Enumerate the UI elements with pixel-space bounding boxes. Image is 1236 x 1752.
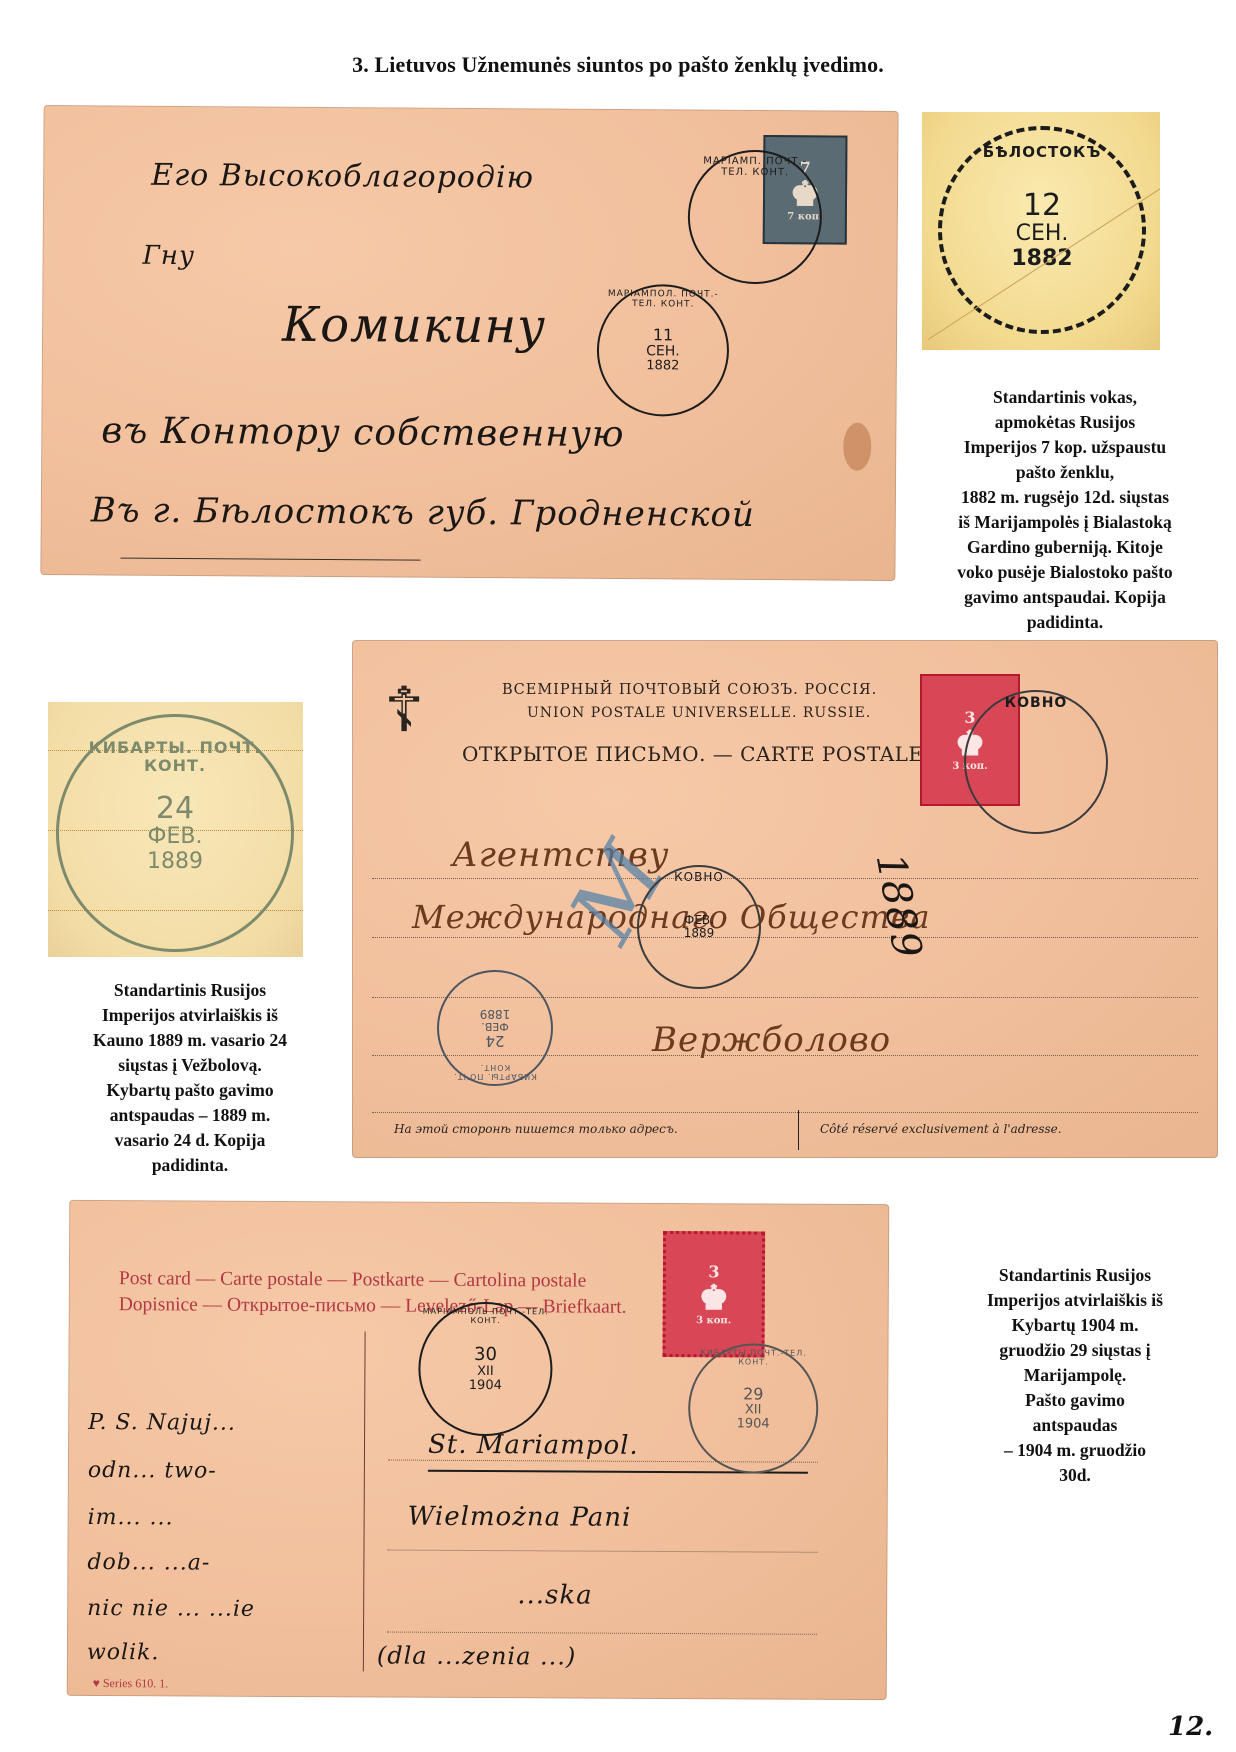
address-line-3: Вержболово [652,1020,891,1060]
publisher-logo-icon: ♥ [93,1676,103,1690]
caption-postcard-1904: Standartinis Rusijos Imperijos atvirlaiš… [920,1263,1230,1488]
caption-line: 1882 m. rugsėjo 12d. siųstas [890,485,1236,510]
postmark-kovno: КОВНО ФЕВ. 1889 [637,865,761,989]
caption-line: antspaudas [920,1413,1230,1438]
postmark-month: XII [745,1403,762,1417]
caption-line: gruodžio 29 siųstas į [920,1338,1230,1363]
address-dotted-line [387,1550,817,1553]
backstamp-month: СЕН. [1016,222,1069,246]
caption-line: 30d. [920,1463,1230,1488]
postmark-ring-text: КОВНО [966,696,1106,711]
foxing-stain [843,423,871,471]
caption-line: padidinta. [40,1153,340,1178]
address-line-3: Комикину [282,297,546,355]
address-line-3: ...ska [517,1580,593,1610]
envelope-1882-image: Его Высокоблагородію Гну Комикину въ Кон… [40,105,898,581]
postmark-year: 1904 [469,1379,502,1393]
caption-line: Standartinis vokas, [890,385,1236,410]
caption-line: siųstas į Vežbolovą. [40,1053,340,1078]
caption-postcard-1889: Standartinis Rusijos Imperijos atvirlaiš… [40,978,340,1178]
postmark-year: 1889 [480,1007,511,1020]
message-line-5: nic nie ... ...ie [87,1596,255,1622]
detail-postmark: КИБАРТЫ. ПОЧТ. КОНТ. 24 ФЕВ. 1889 [56,714,294,952]
postmark-ring-text: МАРІАМПОЛ. ПОЧТ.-ТЕЛ. КОНТ. [599,290,727,311]
caption-line: Standartinis Rusijos [40,978,340,1003]
message-address-divider [363,1331,366,1671]
postmark-cancel: МАРІАМП. ПОЧТ.-ТЕЛ. КОНТ. [687,150,822,285]
message-line-1: P. S. Najuj... [88,1410,236,1436]
kybartai-postmark-detail: КИБАРТЫ. ПОЧТ. КОНТ. 24 ФЕВ. 1889 [48,702,303,957]
postmark-month: ФЕВ. [481,1020,508,1032]
postmark-year: 1904 [737,1417,770,1431]
postmark-ring-text: КИБАРТЫ ПОЧТ.-ТЕЛ. КОНТ. [690,1349,816,1367]
caption-line: Imperijos 7 kop. užspaustu [890,435,1236,460]
printed-header-3: ОТКРЫТОЕ ПИСЬМО. — CARTE POSTALE. [462,742,930,766]
caption-line: apmokėtas Rusijos [890,410,1236,435]
address-line-1: St. Mariampol. [428,1430,639,1461]
address-dotted-line [372,1112,1198,1113]
printed-header-1: ВСЕМІРНЫЙ ПОЧТОВЫЙ СОЮЗЪ. РОССІЯ. [502,682,877,698]
postmark-day: 11 [653,327,673,345]
caption-line: Pašto gavimo [920,1388,1230,1413]
caption-line: voko pusėje Bialostoko pašto [890,560,1236,585]
caption-line: pašto ženklu, [890,460,1236,485]
series-label: ♥ Series 610. 1. [93,1676,169,1691]
caption-line: antspaudas – 1889 m. [40,1103,340,1128]
message-line-2: odn... two- [88,1458,217,1484]
imperial-eagle-icon: ☦ [384,680,424,742]
postmark-cancel: МАРІАМПОЛ. ПОЧТ.-ТЕЛ. КОНТ. 11 СЕН. 1882 [596,284,729,417]
postmark-day: 29 [743,1385,763,1403]
postmark-year: 1889 [684,927,715,940]
address-dotted-line [372,878,1198,879]
caption-line: Imperijos atvirlaiškis iš [920,1288,1230,1313]
postmark-month: XII [477,1365,494,1379]
caption-line: Standartinis Rusijos [920,1263,1230,1288]
postmark-day: 30 [474,1345,497,1365]
postcard-1889-image: ☦ ВСЕМІРНЫЙ ПОЧТОВЫЙ СОЮЗЪ. РОССІЯ. UNIO… [352,640,1218,1158]
caption-line: Kybartų pašto gavimo [40,1078,340,1103]
page-title: 3. Lietuvos Užnemunės siuntos po pašto ž… [0,52,1236,78]
caption-line: Gardino guberniją. Kitoje [890,535,1236,560]
postcard-1904-image: Post card — Carte postale — Postkarte — … [67,1200,890,1700]
message-line-4: dob... ...a- [87,1550,210,1576]
postmark-ring-text: МАРІАМП. ПОЧТ.-ТЕЛ. КОНТ. [690,156,820,179]
address-dotted-line [387,1632,817,1635]
caption-line: padidinta. [890,610,1236,635]
stamp-denomination: 3 коп. [696,1315,731,1326]
address-line-1: Его Высокоблагородію [151,158,534,196]
address-dotted-line [372,937,1198,938]
caption-line: Kybartų 1904 m. [920,1313,1230,1338]
caption-envelope-1882: Standartinis vokas, apmokėtas Rusijos Im… [890,385,1236,635]
address-line-2: Wielmożna Pani [408,1502,632,1533]
caption-line: Imperijos atvirlaiškis iš [40,1003,340,1028]
printed-header-1: Post card — Carte postale — Postkarte — … [119,1268,586,1292]
caption-line: gavimo antspaudai. Kopija [890,585,1236,610]
postmark-kybartai: КИБАРТЫ. ПОЧТ. КОНТ. 24 ФЕВ. 1889 [437,970,553,1086]
printed-footer-left: На этой сторонѣ пишется только адресъ. [394,1122,678,1136]
postmark-kovno: КОВНО [964,690,1108,834]
envelope-backstamp-detail: БѢЛОСТОКЪ 12 СЕН. 1882 [922,112,1160,350]
stamp-3-kop: 3 ♚ 3 коп. [662,1231,765,1358]
caption-line: vasario 24 d. Kopija [40,1128,340,1153]
caption-line: Kauno 1889 m. vasario 24 [40,1028,340,1053]
postmark-ring-text: МАРІАМПОЛЬ ПОЧТ.-ТЕЛ. КОНТ. [421,1308,551,1326]
address-line-4: (dla ...zenia ...) [377,1641,577,1670]
caption-line: – 1904 m. gruodžio [920,1438,1230,1463]
postmark-mariampol: МАРІАМПОЛЬ ПОЧТ.-ТЕЛ. КОНТ. 30 XII 1904 [418,1302,553,1437]
detail-ring-text: КИБАРТЫ. ПОЧТ. КОНТ. [59,739,291,774]
double-headed-eagle-icon: ♚ [698,1281,729,1315]
backstamp-day: 12 [1023,189,1061,222]
series-text: Series 610. 1. [103,1676,168,1690]
caption-line: Marijampolę. [920,1363,1230,1388]
printed-header-2: UNION POSTALE UNIVERSELLE. RUSSIE. [527,705,871,721]
caption-line: iš Marijampolės į Bialastoką [890,510,1236,535]
underline [120,558,420,561]
message-line-3: im... ... [88,1505,174,1530]
address-line-2: Гну [142,241,195,271]
page-number: 12. [1168,1712,1213,1742]
detail-month: ФЕВ. [148,825,203,849]
postmark-kybartai: КИБАРТЫ ПОЧТ.-ТЕЛ. КОНТ. 29 XII 1904 [688,1343,819,1474]
postmark-ring-text: КИБАРТЫ. ПОЧТ. КОНТ. [439,1062,551,1080]
postmark-month: СЕН. [646,344,680,360]
backstamp-ring-text: БѢЛОСТОКЪ [942,144,1142,161]
printed-footer-right: Côté réservé exclusivement à l'adresse. [820,1122,1062,1136]
postmark-ring-text: КОВНО [639,871,759,884]
address-line-5: Въ г. Бѣлостокъ губ. Гродненской [91,490,755,535]
postmark-day: 24 [485,1032,504,1049]
footer-divider [798,1110,799,1150]
side-handwriting: 1889 [867,850,931,962]
detail-year: 1889 [147,850,203,874]
address-line-4: въ Контору собственную [101,410,624,455]
detail-day: 24 [156,792,194,825]
message-line-6: wolik. [87,1640,160,1665]
postmark-year: 1882 [646,360,679,375]
backstamp-postmark: БѢЛОСТОКЪ 12 СЕН. 1882 [938,126,1146,334]
